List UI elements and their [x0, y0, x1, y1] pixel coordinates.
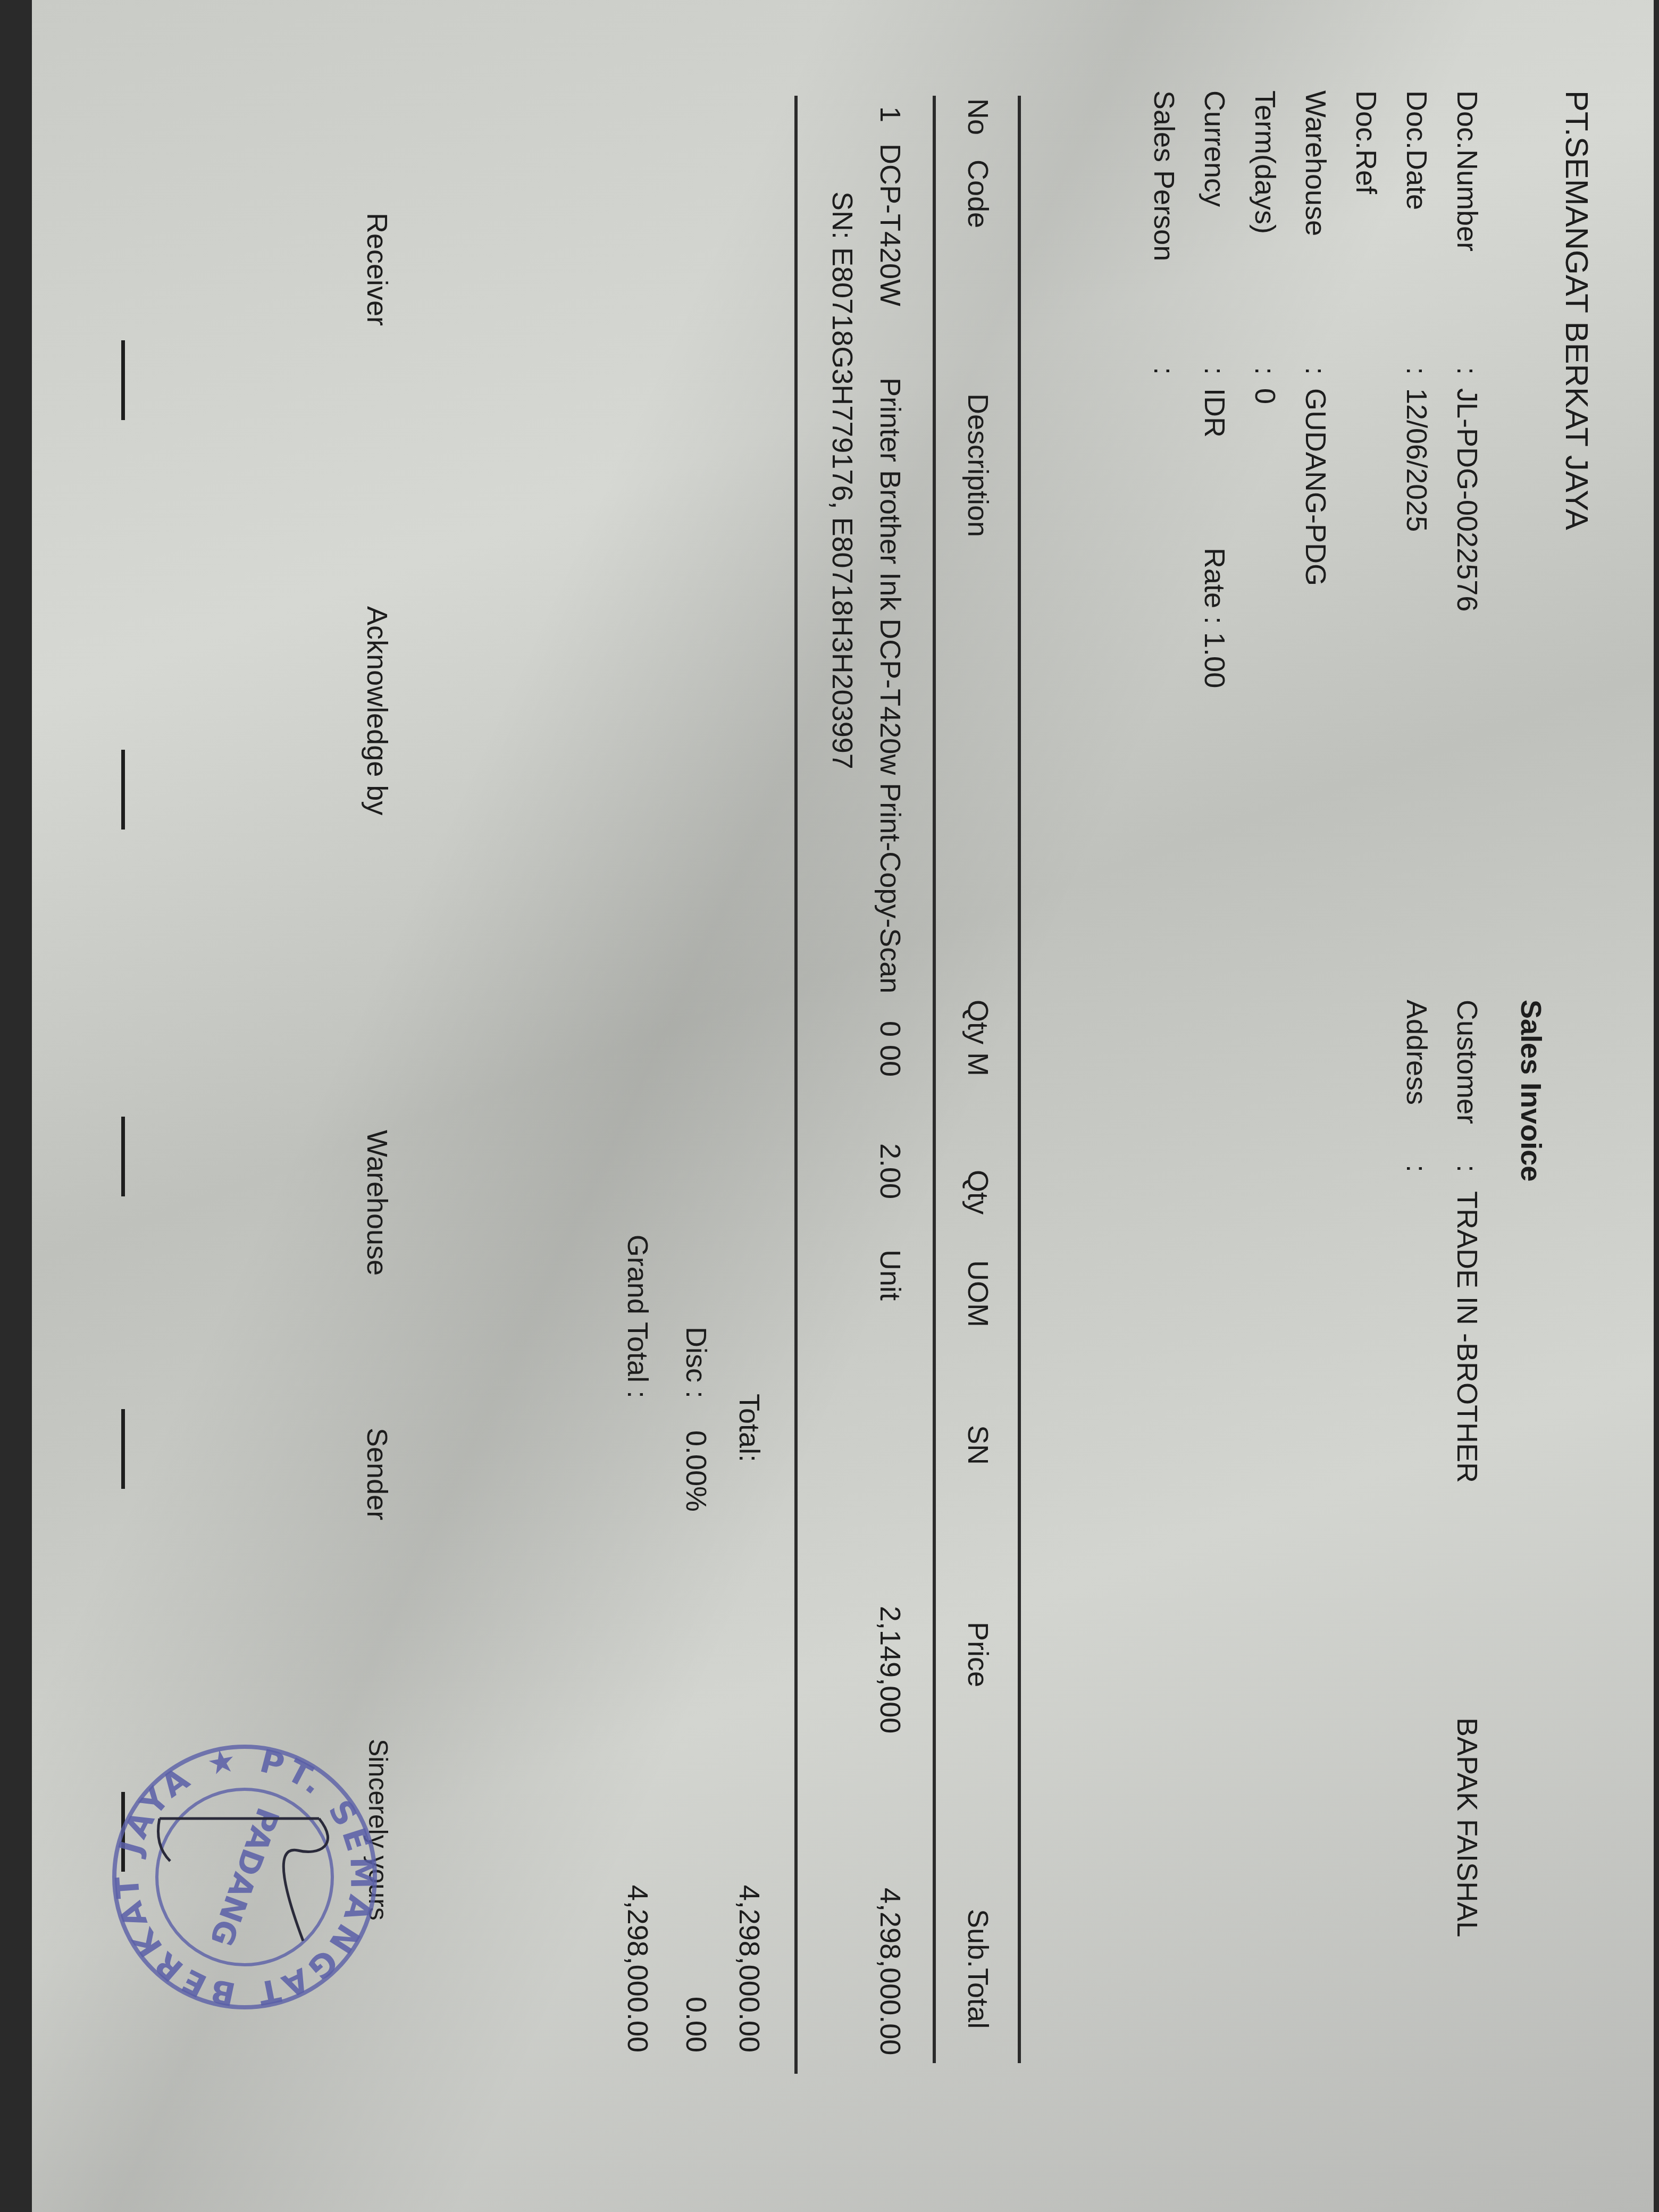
- separator: :: [1400, 367, 1433, 375]
- col-qty-m: Qty M: [961, 1000, 994, 1076]
- total-label: Total:: [733, 1250, 766, 1462]
- currency-value: IDR: [1198, 388, 1231, 438]
- doc-number-value: JL-PDG-0022576: [1451, 388, 1484, 611]
- col-price: Price: [961, 1622, 994, 1687]
- separator: :: [1198, 367, 1231, 375]
- signature-line: [121, 1409, 125, 1489]
- sales-person-label: Sales Person: [1147, 90, 1180, 261]
- separator: :: [1147, 367, 1180, 375]
- row-serial-numbers: SN: E80718G3H779176, E80718H3H203997: [826, 191, 859, 769]
- exchange-rate: Rate : 1.00: [1198, 548, 1231, 688]
- row-qty: 2.00: [874, 1143, 907, 1199]
- separator: :: [1451, 1164, 1484, 1172]
- disc-percent: 0.00%: [680, 1430, 713, 1512]
- disc-value: 0.00: [680, 1733, 713, 2052]
- doc-date-value: 12/06/2025: [1400, 388, 1433, 532]
- doc-date-label: Doc.Date: [1400, 90, 1433, 210]
- currency-label: Currency: [1198, 90, 1231, 207]
- col-code: Code: [961, 160, 994, 228]
- row-uom: Unit: [874, 1250, 907, 1301]
- col-description: Description: [961, 393, 994, 537]
- signature-line: [121, 750, 125, 829]
- separator: :: [1299, 367, 1332, 375]
- signature-line: [121, 1117, 125, 1196]
- signature-acknowledge: Acknowledge by: [361, 606, 393, 815]
- document-title: Sales Invoice: [1514, 1000, 1547, 1182]
- table-header-rule: [933, 96, 936, 2063]
- separator: :: [1249, 367, 1281, 375]
- col-qty: Qty: [961, 1170, 994, 1214]
- company-stamp-icon: PT. SEMANGAT BERKAT JAYA ★ PADANG: [106, 1739, 383, 2015]
- sales-invoice: PT.SEMANGAT BERKAT JAYA Sales Invoice Do…: [58, 48, 1627, 2154]
- warehouse-value: GUDANG-PDG: [1299, 388, 1332, 586]
- row-description: Printer Brother Ink DCP-T420w Print-Copy…: [874, 378, 907, 993]
- table-top-rule: [1018, 96, 1021, 2063]
- grand-total-value: 4,298,000.00: [621, 1733, 654, 2052]
- disc-label: Disc :: [680, 1186, 713, 1398]
- doc-ref-label: Doc.Ref: [1350, 90, 1382, 194]
- customer-label: Customer: [1451, 1000, 1484, 1124]
- svg-text:PADANG: PADANG: [203, 1803, 287, 1951]
- row-qty-m: 0 00: [874, 1021, 907, 1077]
- col-subtotal: Sub.Total: [961, 1909, 994, 2029]
- customer-value: TRADE IN -BROTHER: [1451, 1191, 1484, 1483]
- warehouse-label: Warehouse: [1299, 90, 1332, 236]
- col-uom: UOM: [961, 1260, 994, 1327]
- table-bottom-rule: [794, 96, 798, 2074]
- row-no: 1: [874, 106, 907, 122]
- grand-total-label: Grand Total :: [621, 1186, 654, 1398]
- signature-sender: Sender: [361, 1428, 393, 1520]
- col-no: No: [961, 98, 994, 135]
- total-value: 4,298,000.00: [733, 1733, 766, 2052]
- signature-line: [121, 340, 125, 420]
- signature-receiver: Receiver: [361, 213, 393, 326]
- company-name: PT.SEMANGAT BERKAT JAYA: [1559, 90, 1595, 530]
- row-subtotal: 4,298,000.00: [874, 1888, 907, 2055]
- row-code: DCP-T420W: [874, 144, 907, 306]
- separator: :: [1400, 1164, 1433, 1172]
- doc-number-label: Doc.Number: [1451, 90, 1484, 252]
- col-sn: SN: [961, 1425, 994, 1465]
- term-label: Term(days): [1249, 90, 1281, 234]
- separator: :: [1451, 367, 1484, 375]
- customer-contact: BAPAK FAISHAL: [1451, 1717, 1484, 1937]
- row-price: 2,149,000: [874, 1606, 907, 1733]
- address-label: Address: [1400, 1000, 1433, 1105]
- term-value: 0: [1249, 388, 1281, 404]
- signature-warehouse: Warehouse: [361, 1130, 393, 1276]
